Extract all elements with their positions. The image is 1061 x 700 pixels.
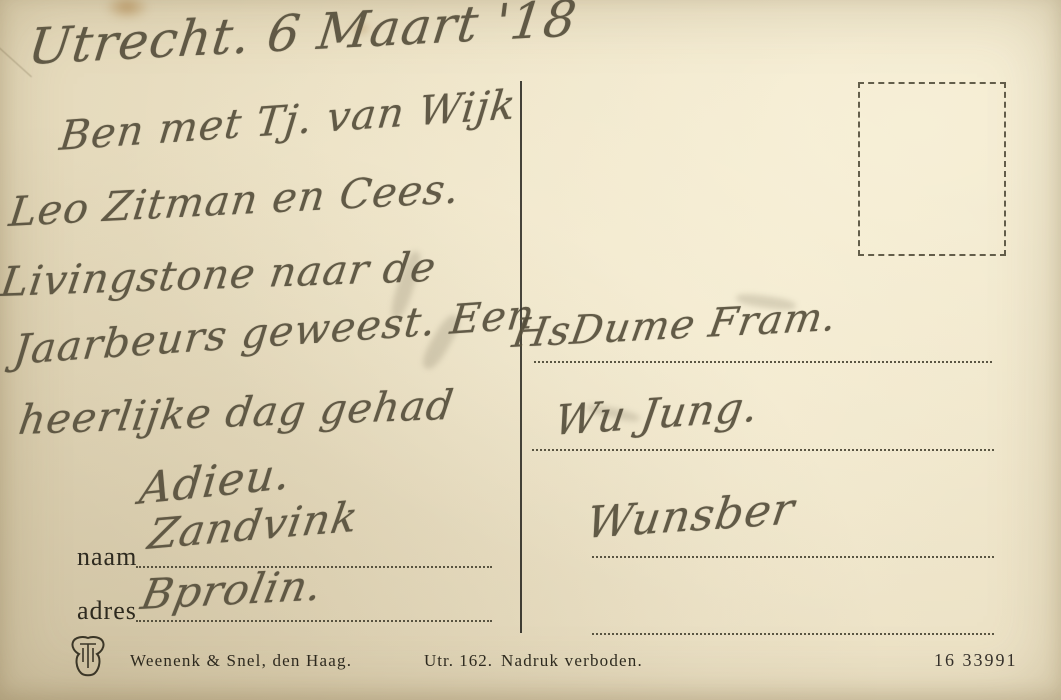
postcard-back: Utrecht. 6 Maart '18 Ben met Tj. van Wij… [0, 0, 1061, 700]
publisher-imprint: Weenenk & Snel, den Haag. [130, 651, 352, 671]
publisher-logo-icon [71, 636, 105, 678]
recipient-dotted-line [592, 633, 994, 635]
centre-divider-line [520, 81, 522, 633]
copyright-notice: Nadruk verboden. [501, 651, 643, 671]
recipient-line: HsDume Fram. [510, 297, 840, 354]
recipient-line: Wunsber [584, 488, 798, 546]
name-label: naam [77, 542, 137, 572]
message-line: Livingstone naar de [0, 247, 439, 303]
message-line: heerlijke dag gehad [16, 385, 456, 441]
recipient-dotted-line [532, 449, 994, 451]
card-number: 16 33991 [934, 650, 1018, 671]
stamp-box [858, 82, 1006, 256]
message-line: Leo Zitman en Cees. [7, 169, 462, 233]
message-line: Ben met Tj. van Wijk [58, 84, 519, 156]
address-dotted-line [136, 620, 492, 622]
handwritten-address: Bprolin. [138, 565, 327, 616]
message-line: Jaarbeurs geweest. Een [12, 294, 537, 371]
recipient-dotted-line [592, 556, 994, 558]
series-number: Utr. 162. [424, 651, 493, 671]
recipient-line: Wu Jung. [552, 386, 762, 442]
recipient-dotted-line [534, 361, 992, 363]
address-label: adres [77, 596, 137, 626]
